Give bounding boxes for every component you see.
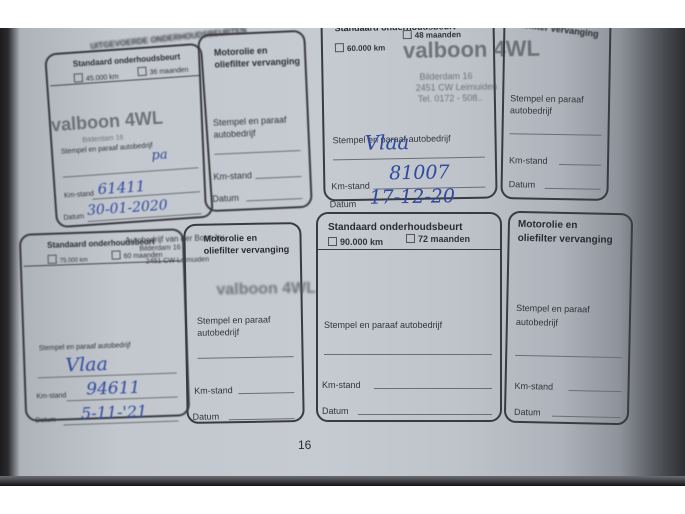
date-label: Datum xyxy=(322,406,349,416)
stamp-label: Stempel en paraaf autobedrijf xyxy=(61,142,153,155)
card-title-2: oliefilter vervanging xyxy=(204,244,290,255)
date-label: Datum xyxy=(330,199,357,209)
dealer-stamp-street: Bilderdam 16 xyxy=(419,71,472,82)
stamp-label: Stempel en paraaf autobedrijf xyxy=(324,320,442,330)
stamp-label: Stempel en paraaf autobedrijf xyxy=(39,342,131,352)
date-label: Datum xyxy=(63,213,84,221)
oil-card-1: Motorolie en oliefilter vervanging Stemp… xyxy=(197,30,313,213)
dealer-stamp-city: 2451 CW Leimuiden xyxy=(416,81,498,92)
dealer-stamp-street: Bilderdam 16 xyxy=(139,244,180,252)
card-title-1: Motorolie en xyxy=(203,233,257,244)
date-label: Datum xyxy=(193,411,220,421)
signature: Vlaa xyxy=(364,130,409,155)
stamp-label-2: autobedrijf xyxy=(510,105,552,116)
card-title-2: oliefilter vervanging xyxy=(214,56,300,70)
dealer-stamp-logo: valboon 4WL xyxy=(50,108,163,137)
date-label: Datum xyxy=(514,407,541,418)
km-label: Km-stand xyxy=(509,155,548,166)
stamp-label-1: Stempel en paraaf xyxy=(213,115,287,128)
km-label: Km-stand xyxy=(331,181,370,192)
oil-card-3: Motorolie en oliefilter vervanging valbo… xyxy=(183,222,304,424)
option-km: 60.000 km xyxy=(335,42,385,53)
service-card-90000: Standaard onderhoudsbeurt 90.000 km 72 m… xyxy=(316,212,502,422)
card-title: Standaard onderhoudsbeurt xyxy=(328,222,462,233)
date-value: 17-12-20 xyxy=(369,185,455,208)
option-months: 72 maanden xyxy=(406,234,470,244)
km-label: Km-stand xyxy=(514,381,553,392)
card-title-1: Motorolie en xyxy=(518,219,578,231)
oil-card-4: Motorolie en oliefilter vervanging Stemp… xyxy=(504,211,633,426)
date-value: 5-11-'21 xyxy=(81,402,148,423)
service-booklet-photo: UITGEVOERDE ONDERHOUDSBEURTEN Standaard … xyxy=(0,28,685,486)
page-number: 16 xyxy=(298,438,311,452)
stamp-label-1: Stempel en paraaf xyxy=(516,303,590,315)
service-card-60000: Standaard onderhoudsbeurt 60.000 km 48 m… xyxy=(320,28,497,202)
service-card-75000: Standaard onderhoudsbeurt 75.000 km 60 m… xyxy=(19,228,190,422)
km-value: 81007 xyxy=(389,161,450,184)
km-label: Km-stand xyxy=(322,380,361,390)
option-km: 90.000 km xyxy=(328,237,383,247)
dealer-stamp-logo-faint: valboon 4WL xyxy=(216,280,316,300)
date-label: Datum xyxy=(35,417,56,425)
stamp-label-2: autobedrijf xyxy=(516,317,558,328)
date-label: Datum xyxy=(212,193,239,204)
km-label: Km-stand xyxy=(36,392,66,400)
service-card-45000: Standaard onderhoudsbeurt 45.000 km 36 m… xyxy=(44,43,214,229)
stamp-label-2: autobedrijf xyxy=(213,128,255,140)
km-label: Km-stand xyxy=(194,385,233,396)
card-title-2: oliefilter vervanging xyxy=(518,233,613,246)
oil-card-2: oliefilter vervanging Stempel en paraaf … xyxy=(500,28,611,201)
km-label: Km-stand xyxy=(213,170,252,182)
date-label: Datum xyxy=(509,179,536,189)
card-title-1: Motorolie en xyxy=(214,45,268,57)
signature: pa xyxy=(151,147,168,163)
card-title-2: oliefilter vervanging xyxy=(513,28,599,39)
dealer-stamp-street: Bilderdam 16 xyxy=(82,134,124,144)
dealer-stamp-phone: Tel. 0172 - 508.. xyxy=(418,93,483,104)
stamp-label-2: autobedrijf xyxy=(197,327,239,338)
km-label: Km-stand xyxy=(64,191,94,200)
stamp-label-1: Stempel en paraaf xyxy=(510,93,584,104)
signature: Vlaa xyxy=(65,353,108,376)
stamp-label-1: Stempel en paraaf xyxy=(197,315,271,326)
km-value: 94611 xyxy=(86,378,141,400)
